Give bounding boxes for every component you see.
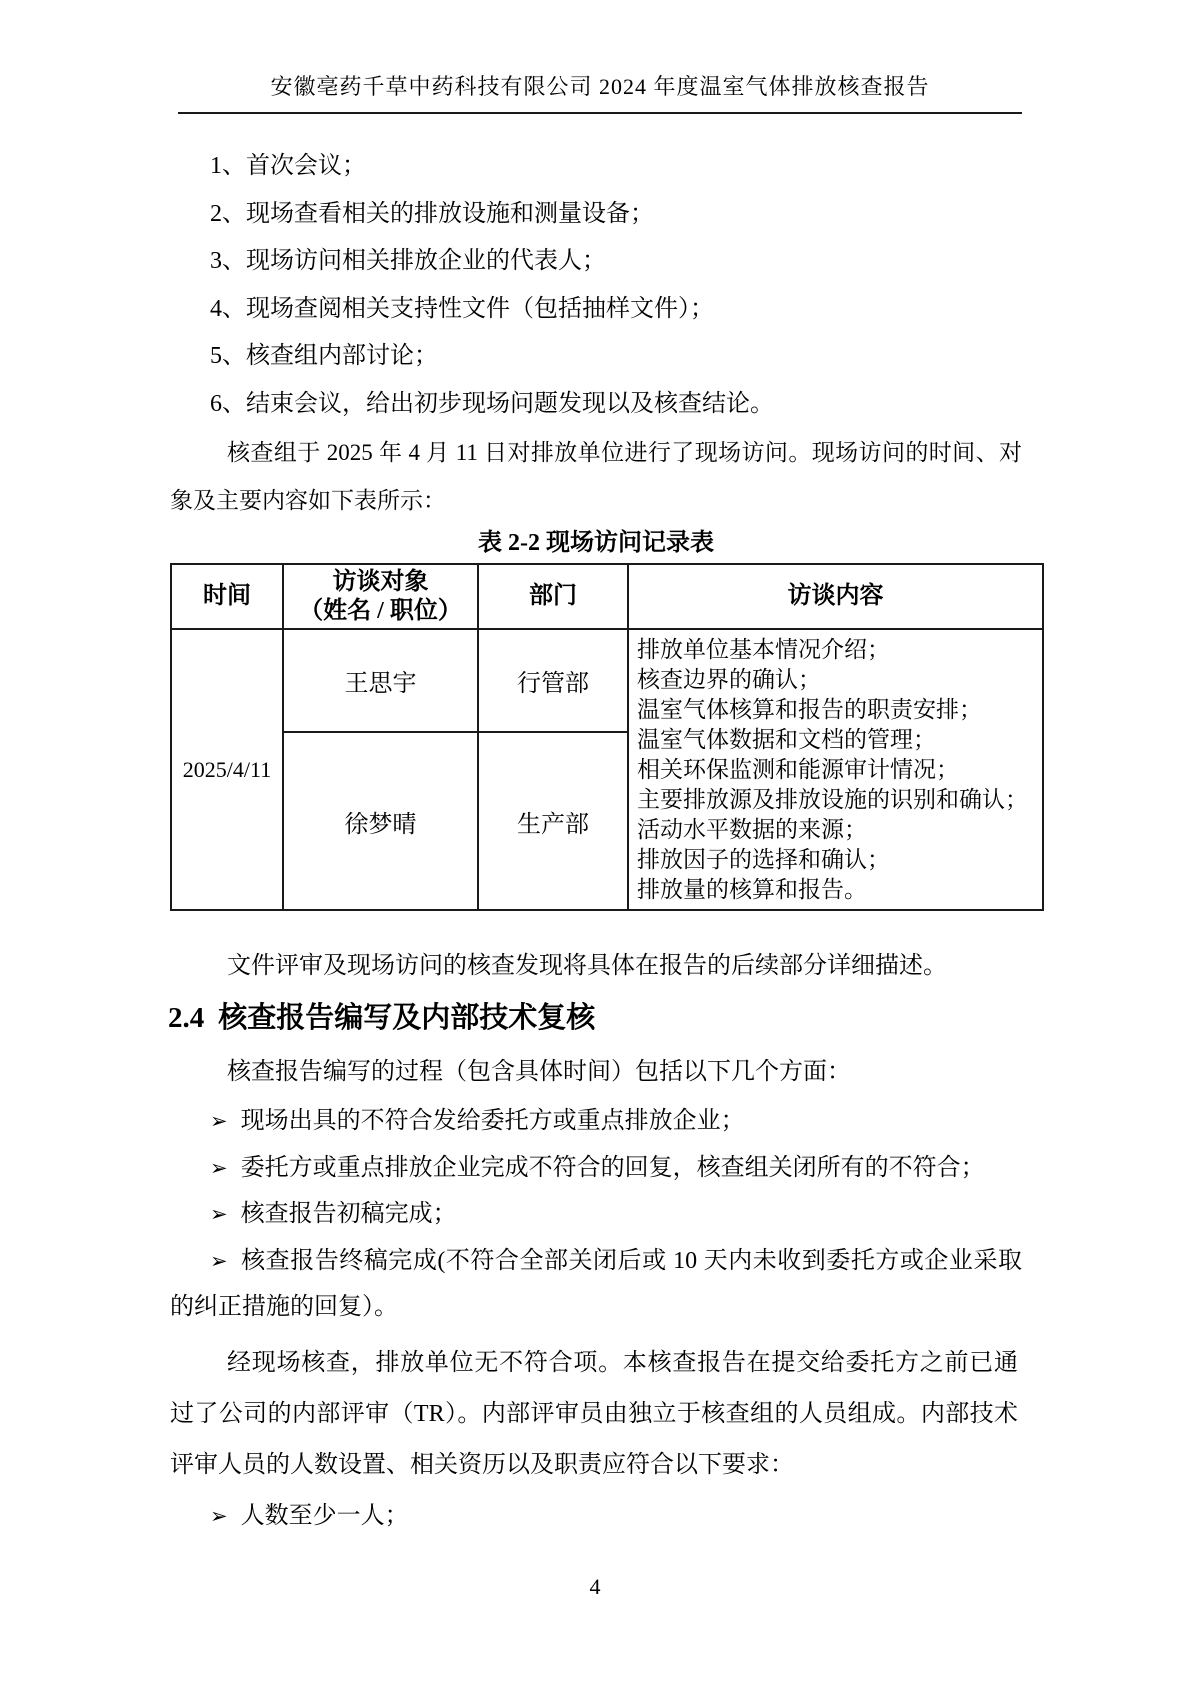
step-item-3: 3、现场访问相关排放企业的代表人； <box>170 238 1022 286</box>
interview-content-line: 主要排放源及排放设施的识别和确认； <box>637 785 1034 815</box>
bullet-item-1: ➢现场出具的不符合发给委托方或重点排放企业； <box>170 1098 1022 1145</box>
bullet-text: 委托方或重点排放企业完成不符合的回复，核查组关闭所有的不符合； <box>241 1155 985 1181</box>
cell-interviewee-2: 徐梦晴 <box>283 732 478 910</box>
header-cell-department: 部门 <box>478 564 628 629</box>
arrow-bullet-icon: ➢ <box>210 1156 228 1180</box>
step-item-1: 1、首次会议； <box>170 143 1022 191</box>
step-item-6: 6、结束会议，给出初步现场问题发现以及核查结论。 <box>170 381 1022 429</box>
bullet-text: 现场出具的不符合发给委托方或重点排放企业； <box>241 1108 745 1134</box>
bullet-item-4: ➢核查报告终稿完成(不符合全部关闭后或 10 天内未收到委托方或企业采取的纠正措… <box>170 1238 1022 1331</box>
step-item-5: 5、核查组内部讨论； <box>170 333 1022 381</box>
cell-department-1: 行管部 <box>478 629 628 732</box>
table-row: 2025/4/11 王思宇 行管部 排放单位基本情况介绍； 核查边界的确认； 温… <box>171 629 1043 732</box>
interview-content-line: 排放单位基本情况介绍； <box>637 635 1034 665</box>
step-item-4: 4、现场查阅相关支持性文件（包括抽样文件）； <box>170 286 1022 334</box>
section-title: 核查报告编写及内部技术复核 <box>218 1002 595 1034</box>
step-item-2: 2、现场查看相关的排放设施和测量设备； <box>170 191 1022 239</box>
header-interviewee-line1: 访谈对象 <box>284 568 477 597</box>
interview-content-line: 排放因子的选择和确认； <box>637 845 1034 875</box>
interview-content-line: 核查边界的确认； <box>637 665 1034 695</box>
header-cell-time: 时间 <box>171 564 283 629</box>
bullet-text: 人数至少一人； <box>241 1503 409 1529</box>
arrow-bullet-icon: ➢ <box>210 1202 228 1226</box>
report-process-paragraph: 核查报告编写的过程（包含具体时间）包括以下几个方面： <box>170 1049 1022 1097</box>
site-visit-record-table: 时间 访谈对象 （姓名 / 职位） 部门 访谈内容 2025/4/11 王思宇 … <box>170 563 1044 911</box>
interview-content-line: 温室气体数据和文档的管理； <box>637 725 1034 755</box>
header-cell-content: 访谈内容 <box>628 564 1043 629</box>
header-interviewee-line2: （姓名 / 职位） <box>284 597 477 626</box>
report-header-title: 安徽亳药千草中药科技有限公司 2024 年度温室气体排放核查报告 <box>178 74 1022 114</box>
visit-intro-paragraph: 核查组于 2025 年 4 月 11 日对排放单位进行了现场访问。现场访问的时间… <box>170 429 1022 524</box>
table-header-row: 时间 访谈对象 （姓名 / 职位） 部门 访谈内容 <box>171 564 1043 629</box>
page-number: 4 <box>0 1574 1190 1600</box>
cell-department-2: 生产部 <box>478 732 628 910</box>
bullet-text: 核查报告初稿完成； <box>241 1201 457 1227</box>
internal-review-paragraph: 经现场核查，排放单位无不符合项。本核查报告在提交给委托方之前已通过了公司的内部评… <box>170 1338 1018 1491</box>
section-heading-2-4: 2.4核查报告编写及内部技术复核 <box>168 998 1022 1038</box>
interview-content-line: 温室气体核算和报告的职责安排； <box>637 695 1034 725</box>
header-cell-interviewee: 访谈对象 （姓名 / 职位） <box>283 564 478 629</box>
arrow-bullet-icon: ➢ <box>210 1109 228 1133</box>
arrow-bullet-icon: ➢ <box>210 1504 228 1528</box>
bullet-item-3: ➢核查报告初稿完成； <box>170 1191 1022 1238</box>
table-caption: 表 2-2 现场访问记录表 <box>170 529 1022 557</box>
document-page: 安徽亳药千草中药科技有限公司 2024 年度温室气体排放核查报告 1、首次会议；… <box>0 0 1190 1683</box>
min-people-bullet: ➢人数至少一人； <box>170 1493 1022 1539</box>
interview-content-line: 相关环保监测和能源审计情况； <box>637 755 1034 785</box>
interview-content-line: 活动水平数据的来源； <box>637 815 1034 845</box>
bullet-text: 核查报告终稿完成(不符合全部关闭后或 10 天内未收到委托方或企业采取的纠正措施… <box>170 1248 1022 1321</box>
arrow-bullet-icon: ➢ <box>210 1249 228 1273</box>
findings-paragraph: 文件评审及现场访问的核查发现将具体在报告的后续部分详细描述。 <box>170 943 1022 991</box>
report-process-bullet-list: ➢现场出具的不符合发给委托方或重点排放企业； ➢委托方或重点排放企业完成不符合的… <box>170 1098 1022 1331</box>
cell-interviewee-1: 王思宇 <box>283 629 478 732</box>
bullet-item-2: ➢委托方或重点排放企业完成不符合的回复，核查组关闭所有的不符合； <box>170 1145 1022 1192</box>
interview-content-line: 排放量的核算和报告。 <box>637 875 1034 905</box>
section-number: 2.4 <box>168 1002 204 1034</box>
cell-interview-content: 排放单位基本情况介绍； 核查边界的确认； 温室气体核算和报告的职责安排； 温室气… <box>628 629 1043 910</box>
site-visit-steps-list: 1、首次会议； 2、现场查看相关的排放设施和测量设备； 3、现场访问相关排放企业… <box>170 143 1022 428</box>
cell-visit-date: 2025/4/11 <box>171 629 283 910</box>
